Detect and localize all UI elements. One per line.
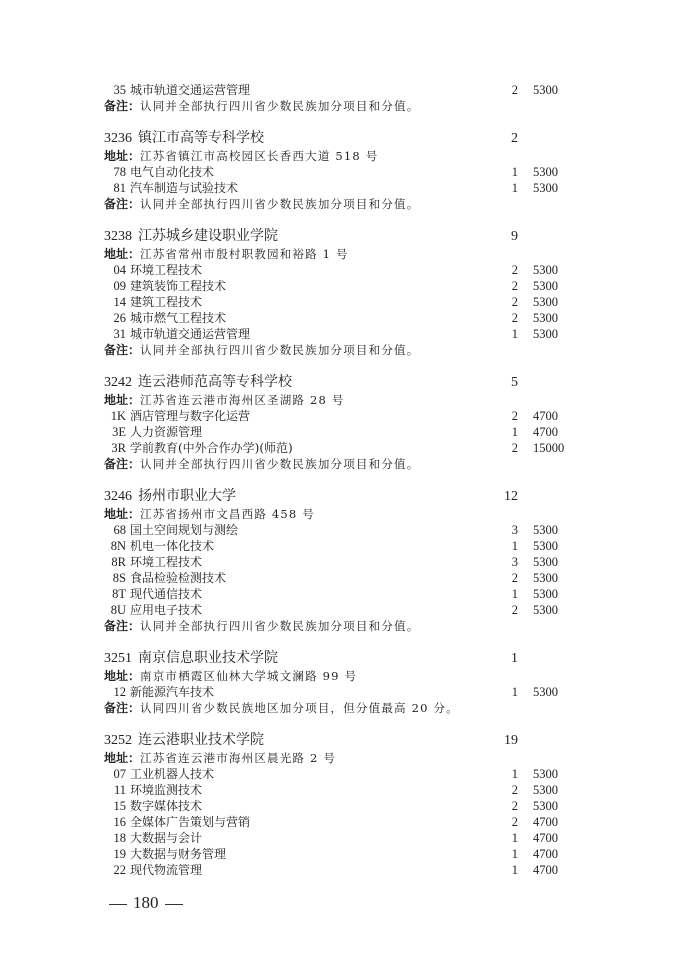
school-id: 3242 (104, 375, 132, 390)
program-name: 学前教育(中外合作办学)(师范) (130, 441, 293, 455)
program-name: 大数据与财务管理 (130, 847, 226, 861)
program-fee: 5300 (533, 684, 558, 700)
school-id: 3251 (104, 651, 132, 666)
program-code: 04 (104, 262, 126, 278)
program-row: 8U应用电子技术25300 (104, 602, 574, 618)
program-name: 现代物流管理 (130, 863, 202, 877)
program-code: 09 (104, 278, 126, 294)
school-header: 3246扬州市职业大学12 (104, 487, 574, 506)
program-fee: 5300 (533, 798, 558, 814)
page-number: 180 (133, 893, 159, 912)
address-text: 江苏省连云港市海州区晨光路 2 号 (140, 751, 336, 765)
program-code: 12 (104, 684, 126, 700)
address-row: 地址：江苏省连云港市海州区晨光路 2 号 (104, 750, 574, 766)
program-name: 城市轨道交通运营管理 (130, 83, 250, 97)
school-block: 3252连云港职业技术学院19地址：江苏省连云港市海州区晨光路 2 号07工业机… (104, 731, 574, 878)
note-row: 备注：认同并全部执行四川省少数民族加分项目和分值。 (104, 456, 574, 472)
program-name: 环境工程技术 (130, 555, 202, 569)
program-row: 04环境工程技术25300 (104, 262, 574, 278)
school-total: 2 (494, 129, 518, 148)
address-text: 江苏省常州市殷村职教园和裕路 1 号 (140, 247, 349, 261)
program-count: 2 (494, 262, 518, 278)
program-count: 2 (494, 570, 518, 586)
section-gap (104, 634, 574, 649)
note-label: 备注： (104, 99, 140, 113)
program-code: 35 (104, 82, 126, 98)
school-header: 3236镇江市高等专科学校2 (104, 129, 574, 148)
program-count: 2 (494, 798, 518, 814)
program-fee: 5300 (533, 326, 558, 342)
program-code: 18 (104, 830, 126, 846)
program-fee: 5300 (533, 602, 558, 618)
note-row: 备注：认同并全部执行四川省少数民族加分项目和分值。 (104, 98, 574, 114)
program-row: 11环境监测技术25300 (104, 782, 574, 798)
program-name: 大数据与会计 (130, 831, 202, 845)
school-id: 3238 (104, 229, 132, 244)
school-name: 镇江市高等专科学校 (138, 130, 264, 146)
program-code: 8R (104, 554, 126, 570)
program-code: 8T (104, 586, 126, 602)
address-label: 地址： (104, 393, 140, 407)
program-row: 31城市轨道交通运营管理15300 (104, 326, 574, 342)
program-name: 数字媒体技术 (130, 799, 202, 813)
address-row: 地址：江苏省连云港市海州区圣湖路 28 号 (104, 392, 574, 408)
program-fee: 5300 (533, 262, 558, 278)
program-row: 18大数据与会计14700 (104, 830, 574, 846)
program-count: 2 (494, 814, 518, 830)
program-code: 3E (104, 424, 126, 440)
note-row: 备注：认同四川省少数民族地区加分项目，但分值最高 20 分。 (104, 700, 574, 716)
school-block: 3246扬州市职业大学12地址：江苏省扬州市文昌西路 458 号68国土空间规划… (104, 487, 574, 634)
program-name: 电气自动化技术 (130, 165, 214, 179)
note-label: 备注： (104, 457, 140, 471)
school-id: 3246 (104, 489, 132, 504)
note-text: 认同并全部执行四川省少数民族加分项目和分值。 (140, 457, 419, 471)
program-fee: 4700 (533, 862, 558, 878)
address-text: 南京市栖霞区仙林大学城文澜路 99 号 (140, 669, 357, 683)
school-id: 3236 (104, 131, 132, 146)
program-row: 09建筑装饰工程技术25300 (104, 278, 574, 294)
school-header: 3238江苏城乡建设职业学院9 (104, 227, 574, 246)
program-name: 食品检验检测技术 (130, 571, 226, 585)
program-count: 1 (494, 862, 518, 878)
program-fee: 15000 (533, 440, 564, 456)
address-row: 地址：江苏省镇江市高校园区长香西大道 518 号 (104, 148, 574, 164)
program-row: 8N机电一体化技术15300 (104, 538, 574, 554)
program-name: 全媒体广告策划与营销 (130, 815, 250, 829)
school-block: 3238江苏城乡建设职业学院9地址：江苏省常州市殷村职教园和裕路 1 号04环境… (104, 227, 574, 358)
school-total: 1 (494, 649, 518, 668)
school-name: 连云港师范高等专科学校 (138, 374, 292, 390)
program-name: 城市轨道交通运营管理 (130, 327, 250, 341)
program-count: 2 (494, 294, 518, 310)
program-code: 81 (104, 180, 126, 196)
program-row: 8T现代通信技术15300 (104, 586, 574, 602)
address-label: 地址： (104, 247, 140, 261)
note-row: 备注：认同并全部执行四川省少数民族加分项目和分值。 (104, 342, 574, 358)
program-count: 1 (494, 180, 518, 196)
program-name: 机电一体化技术 (130, 539, 214, 553)
program-code: 19 (104, 846, 126, 862)
program-fee: 4700 (533, 408, 558, 424)
program-code: 78 (104, 164, 126, 180)
program-code: 1K (104, 408, 126, 424)
address-row: 地址：南京市栖霞区仙林大学城文澜路 99 号 (104, 668, 574, 684)
school-block: 3236镇江市高等专科学校2地址：江苏省镇江市高校园区长香西大道 518 号78… (104, 129, 574, 212)
program-row: 81汽车制造与试验技术15300 (104, 180, 574, 196)
address-row: 地址：江苏省扬州市文昌西路 458 号 (104, 506, 574, 522)
school-name: 扬州市职业大学 (138, 488, 236, 504)
program-row: 8S食品检验检测技术25300 (104, 570, 574, 586)
program-name: 环境工程技术 (130, 263, 202, 277)
program-row: 12新能源汽车技术15300 (104, 684, 574, 700)
program-count: 1 (494, 164, 518, 180)
address-label: 地址： (104, 669, 140, 683)
program-fee: 4700 (533, 424, 558, 440)
program-row: 16全媒体广告策划与营销24700 (104, 814, 574, 830)
note-text: 认同并全部执行四川省少数民族加分项目和分值。 (140, 197, 419, 211)
program-row: 68国土空间规划与测绘35300 (104, 522, 574, 538)
program-row: 78电气自动化技术15300 (104, 164, 574, 180)
school-id: 3252 (104, 733, 132, 748)
school-header: 3242连云港师范高等专科学校5 (104, 373, 574, 392)
program-count: 1 (494, 586, 518, 602)
program-fee: 5300 (533, 522, 558, 538)
program-code: 68 (104, 522, 126, 538)
section-gap (104, 472, 574, 487)
program-count: 3 (494, 522, 518, 538)
school-header: 3251南京信息职业技术学院1 (104, 649, 574, 668)
program-count: 1 (494, 326, 518, 342)
program-count: 2 (494, 310, 518, 326)
note-text: 认同并全部执行四川省少数民族加分项目和分值。 (140, 619, 419, 633)
program-fee: 5300 (533, 82, 558, 98)
program-name: 汽车制造与试验技术 (130, 181, 238, 195)
program-fee: 5300 (533, 310, 558, 326)
program-code: 31 (104, 326, 126, 342)
program-row: 3E人力资源管理14700 (104, 424, 574, 440)
note-label: 备注： (104, 343, 140, 357)
document-page: 35城市轨道交通运营管理25300备注：认同并全部执行四川省少数民族加分项目和分… (104, 82, 574, 878)
program-name: 环境监测技术 (130, 783, 202, 797)
program-count: 1 (494, 684, 518, 700)
address-label: 地址： (104, 149, 140, 163)
program-code: 26 (104, 310, 126, 326)
program-code: 8U (104, 602, 126, 618)
address-row: 地址：江苏省常州市殷村职教园和裕路 1 号 (104, 246, 574, 262)
section-gap (104, 114, 574, 129)
note-text: 认同并全部执行四川省少数民族加分项目和分值。 (140, 99, 419, 113)
program-count: 1 (494, 766, 518, 782)
program-row: 1K酒店管理与数字化运营24700 (104, 408, 574, 424)
program-name: 建筑装饰工程技术 (130, 279, 226, 293)
program-count: 1 (494, 830, 518, 846)
program-fee: 5300 (533, 180, 558, 196)
program-row: 15数字媒体技术25300 (104, 798, 574, 814)
address-label: 地址： (104, 507, 140, 521)
address-text: 江苏省连云港市海州区圣湖路 28 号 (140, 393, 345, 407)
program-fee: 5300 (533, 554, 558, 570)
note-row: 备注：认同并全部执行四川省少数民族加分项目和分值。 (104, 618, 574, 634)
program-code: 16 (104, 814, 126, 830)
program-row: 19大数据与财务管理14700 (104, 846, 574, 862)
program-fee: 5300 (533, 164, 558, 180)
program-name: 应用电子技术 (130, 603, 202, 617)
section-gap (104, 358, 574, 373)
program-code: 3R (104, 440, 126, 456)
program-fee: 4700 (533, 846, 558, 862)
footer-dash-left (109, 904, 127, 905)
section-gap (104, 212, 574, 227)
program-fee: 5300 (533, 570, 558, 586)
note-text: 认同并全部执行四川省少数民族加分项目和分值。 (140, 343, 419, 357)
school-block: 3251南京信息职业技术学院1地址：南京市栖霞区仙林大学城文澜路 99 号12新… (104, 649, 574, 716)
address-label: 地址： (104, 751, 140, 765)
program-fee: 5300 (533, 782, 558, 798)
program-count: 1 (494, 846, 518, 862)
continuation-block: 35城市轨道交通运营管理25300备注：认同并全部执行四川省少数民族加分项目和分… (104, 82, 574, 114)
program-code: 07 (104, 766, 126, 782)
address-text: 江苏省扬州市文昌西路 458 号 (140, 507, 315, 521)
program-count: 1 (494, 424, 518, 440)
school-header: 3252连云港职业技术学院19 (104, 731, 574, 750)
program-fee: 5300 (533, 766, 558, 782)
program-count: 2 (494, 440, 518, 456)
program-fee: 4700 (533, 814, 558, 830)
program-name: 新能源汽车技术 (130, 685, 214, 699)
program-fee: 5300 (533, 586, 558, 602)
school-total: 12 (494, 487, 518, 506)
program-fee: 5300 (533, 278, 558, 294)
program-code: 11 (104, 782, 126, 798)
program-fee: 5300 (533, 294, 558, 310)
program-name: 城市燃气工程技术 (130, 311, 226, 325)
program-code: 8N (104, 538, 126, 554)
program-row: 35城市轨道交通运营管理25300 (104, 82, 574, 98)
program-code: 14 (104, 294, 126, 310)
program-count: 2 (494, 408, 518, 424)
program-count: 2 (494, 782, 518, 798)
program-row: 07工业机器人技术15300 (104, 766, 574, 782)
program-row: 8R环境工程技术35300 (104, 554, 574, 570)
program-row: 14建筑工程技术25300 (104, 294, 574, 310)
program-fee: 4700 (533, 830, 558, 846)
school-block: 3242连云港师范高等专科学校5地址：江苏省连云港市海州区圣湖路 28 号1K酒… (104, 373, 574, 472)
program-name: 工业机器人技术 (130, 767, 214, 781)
program-count: 2 (494, 278, 518, 294)
program-code: 15 (104, 798, 126, 814)
note-label: 备注： (104, 701, 140, 715)
school-total: 5 (494, 373, 518, 392)
program-name: 建筑工程技术 (130, 295, 202, 309)
school-total: 19 (494, 731, 518, 750)
note-label: 备注： (104, 197, 140, 211)
school-name: 江苏城乡建设职业学院 (138, 228, 278, 244)
program-count: 2 (494, 602, 518, 618)
school-name: 南京信息职业技术学院 (138, 650, 278, 666)
program-name: 人力资源管理 (130, 425, 202, 439)
program-name: 国土空间规划与测绘 (130, 523, 238, 537)
program-row: 3R学前教育(中外合作办学)(师范)215000 (104, 440, 574, 456)
school-total: 9 (494, 227, 518, 246)
program-row: 26城市燃气工程技术25300 (104, 310, 574, 326)
program-count: 2 (494, 82, 518, 98)
program-count: 1 (494, 538, 518, 554)
program-row: 22现代物流管理14700 (104, 862, 574, 878)
section-gap (104, 716, 574, 731)
address-text: 江苏省镇江市高校园区长香西大道 518 号 (140, 149, 378, 163)
note-row: 备注：认同并全部执行四川省少数民族加分项目和分值。 (104, 196, 574, 212)
page-footer: 180 (103, 893, 189, 913)
note-label: 备注： (104, 619, 140, 633)
program-fee: 5300 (533, 538, 558, 554)
program-code: 22 (104, 862, 126, 878)
program-name: 现代通信技术 (130, 587, 202, 601)
program-count: 3 (494, 554, 518, 570)
program-name: 酒店管理与数字化运营 (130, 409, 250, 423)
note-text: 认同四川省少数民族地区加分项目，但分值最高 20 分。 (140, 701, 459, 715)
program-code: 8S (104, 570, 126, 586)
footer-dash-right (165, 904, 183, 905)
school-name: 连云港职业技术学院 (138, 732, 264, 748)
